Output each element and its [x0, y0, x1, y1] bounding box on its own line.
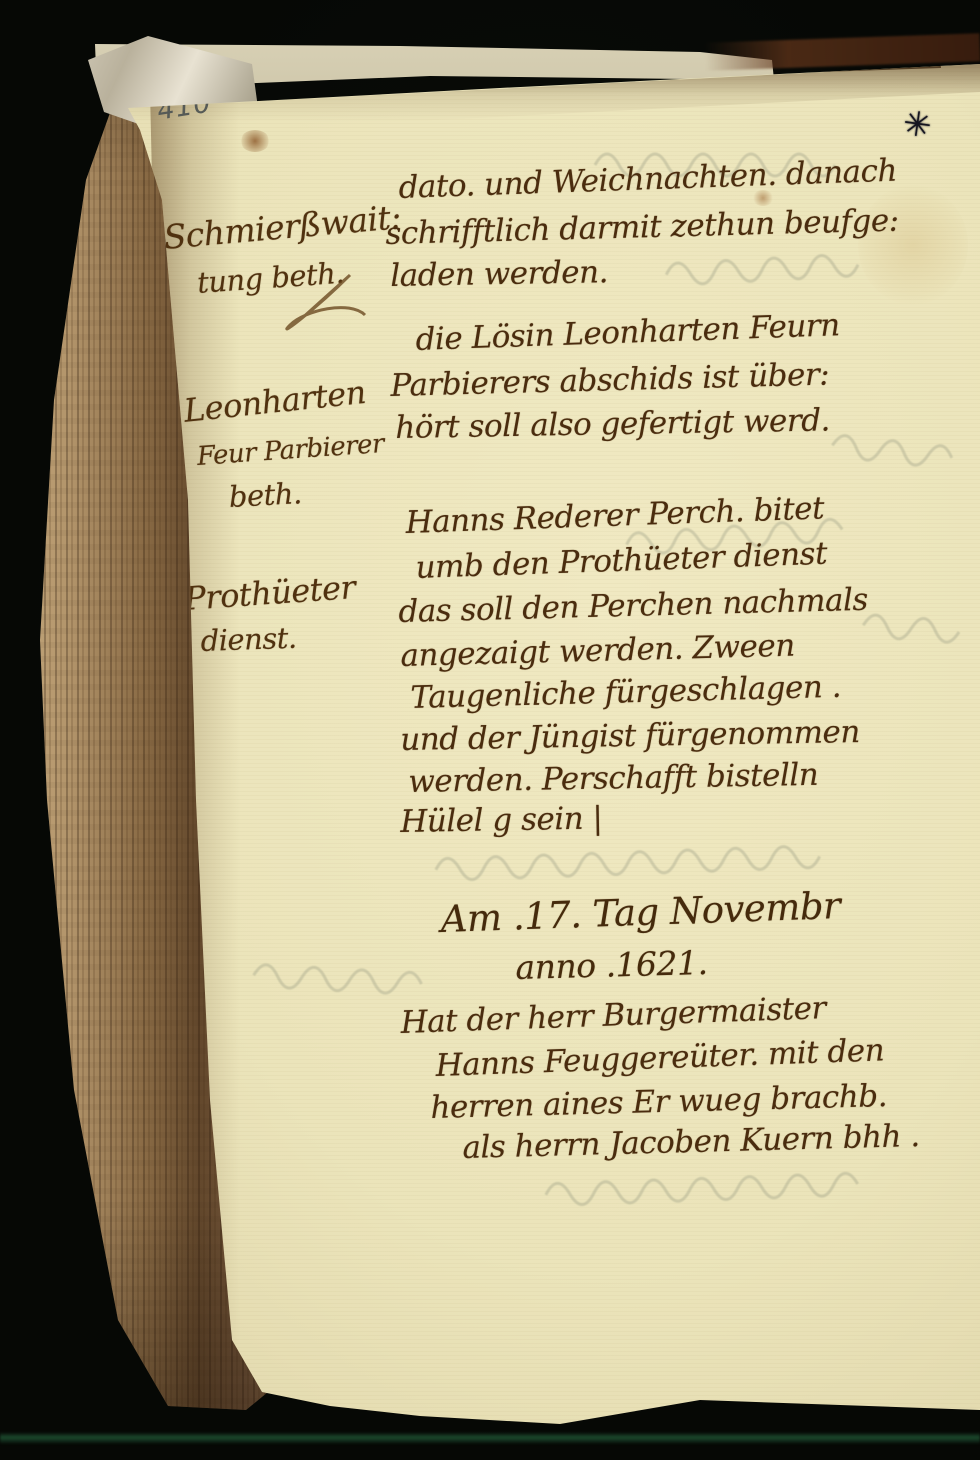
dateline: Am .17. Tag Novembr — [440, 884, 841, 941]
manuscript-line: hört soll also gefertigt werd. — [395, 402, 830, 446]
manuscript-line: herren aines Er wueg brachb. — [430, 1078, 887, 1126]
manuscript-line: Taugenliche fürgeschlagen . — [410, 669, 841, 716]
star-stamp-icon: ✳ — [900, 103, 934, 147]
dateline: anno .1621. — [515, 943, 708, 987]
show-through-script — [826, 420, 979, 475]
manuscript-line: Hat der herr Burgermaister — [400, 990, 826, 1041]
show-through-script — [857, 600, 980, 649]
pen-flourish — [255, 270, 375, 345]
margin-note: beth. — [228, 476, 302, 514]
manuscript-photo: 410 ✳ Schmierßwait: tung beth. dato. und… — [0, 0, 980, 1460]
ink-stain — [240, 130, 270, 152]
manuscript-line: umb den Prothüeter dienst — [415, 536, 828, 586]
manuscript-line: Hülel g sein | — [400, 800, 603, 840]
manuscript-line: laden werden. — [390, 254, 608, 294]
manuscript-line: Parbierers abschids ist über: — [390, 357, 830, 404]
manuscript-line: die Lösin Leonharten Feurn — [415, 307, 840, 358]
show-through-script — [540, 1157, 901, 1210]
table-edge-line — [0, 1432, 980, 1444]
manuscript-line: Hanns Feuggereüter. mit den — [435, 1032, 885, 1084]
manuscript-line: werden. Perschafft bistelln — [408, 757, 819, 800]
show-through-script — [430, 830, 851, 885]
binding-edge-shadow — [705, 33, 980, 71]
manuscript-line: das soll den Perchen nachmals — [398, 582, 868, 630]
manuscript-line: angezaigt werden. Zween — [400, 628, 795, 674]
manuscript-line: und der Jüngist fürgenommen — [400, 714, 860, 758]
manuscript-line: dato. und Weichnachten. danach — [398, 153, 897, 206]
show-through-script — [248, 950, 450, 1000]
margin-note: dienst. — [200, 621, 297, 658]
